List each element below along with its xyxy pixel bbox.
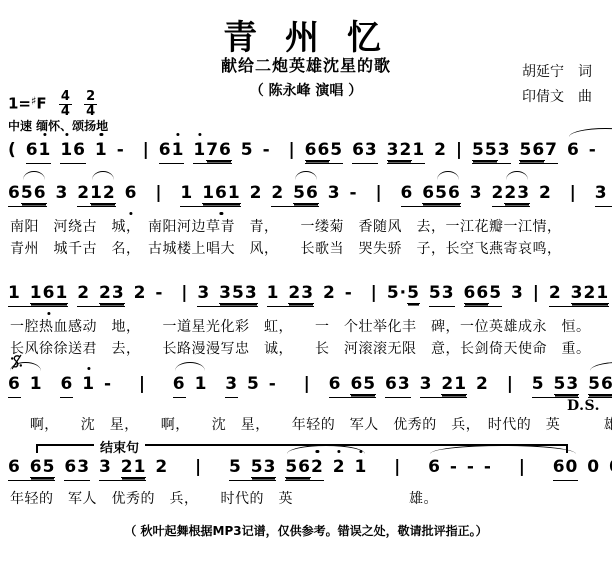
transcriber-note: （ 秋叶起舞根据MP3记谱，仅供参考。错误之处，敬请批评指正。） (0, 522, 612, 539)
key-prefix: 1= (8, 95, 31, 113)
composer-credit: 印倩文 曲 (522, 85, 592, 110)
music-line-2: 656 3 212 6 | 1 161 2 2 56 3 - | 6 656 3… (8, 181, 612, 205)
music-line-1: ( 61 16 1 - | 61 176 5 - | 665 63 321 2 … (8, 138, 612, 162)
lyric-line-ending: 年轻的 军人 优秀的 兵， 时代的 英 雄。 (10, 488, 438, 508)
time-signature-2: 2 4 (84, 90, 97, 118)
refrain-text: 啊， 沈 星， 啊， 沈 星， 年轻的 军人 优秀的 兵， 时代的 英 雄。 (30, 417, 612, 433)
music-line-4: 6 1 6 1 - | 6 1 3 5 - | 6 65 63 3 21 2 |… (8, 372, 612, 396)
song-title: 青 州 忆 (0, 10, 612, 59)
music-line-3: 1 161 2 23 2 - | 3 353 1 23 2 - | 5·5 53… (8, 281, 612, 305)
sheet-music-page: 青 州 忆 献给二炮英雄沈星的歌 （ 陈永峰 演唱 ） 胡延宁 词 印倩文 曲 … (0, 0, 612, 565)
key-note: F (36, 95, 46, 113)
ds-al-segno-label: D.S. (567, 398, 600, 414)
lyricist-credit: 胡延宁 词 (522, 60, 592, 85)
lyric-line-verse1-b: 一腔热血感动 地， 一道星光化彩 虹， 一 个壮举化丰 碑，一位英雄成永 恒。 (10, 316, 591, 336)
lyric-line-verse2-a: 青州 城千古 名， 古城楼上唱大 风， 长歌当 哭失骄 子，长空飞燕寄哀鸣， (10, 238, 562, 258)
key-signature: 1=♯F 4 4 2 4 (8, 90, 97, 118)
credits-block: 胡延宁 词 印倩文 曲 (522, 60, 592, 110)
coda-bracket-label: 结束句 (94, 437, 145, 456)
song-subtitle: 献给二炮英雄沈星的歌 (0, 53, 612, 76)
music-line-5-ending: 6 65 63 3 21 2 | 5 53 562 2 1 | 6 - - - … (8, 455, 612, 479)
lyric-line-verse1-a: 南阳 河绕古 城， 南阳河边草青 青， 一缕菊 香随风 去，一江花瓣一江情， (10, 216, 562, 236)
lyric-line-verse2-b: 长风徐徐送君 去， 长路漫漫写忠 诚， 长 河滚滚无限 意，长剑倚天使命 重。 (10, 338, 591, 358)
time-signature-1: 4 4 (59, 90, 72, 118)
tempo-marking: 中速 缅怀、颂扬地 (8, 117, 108, 134)
